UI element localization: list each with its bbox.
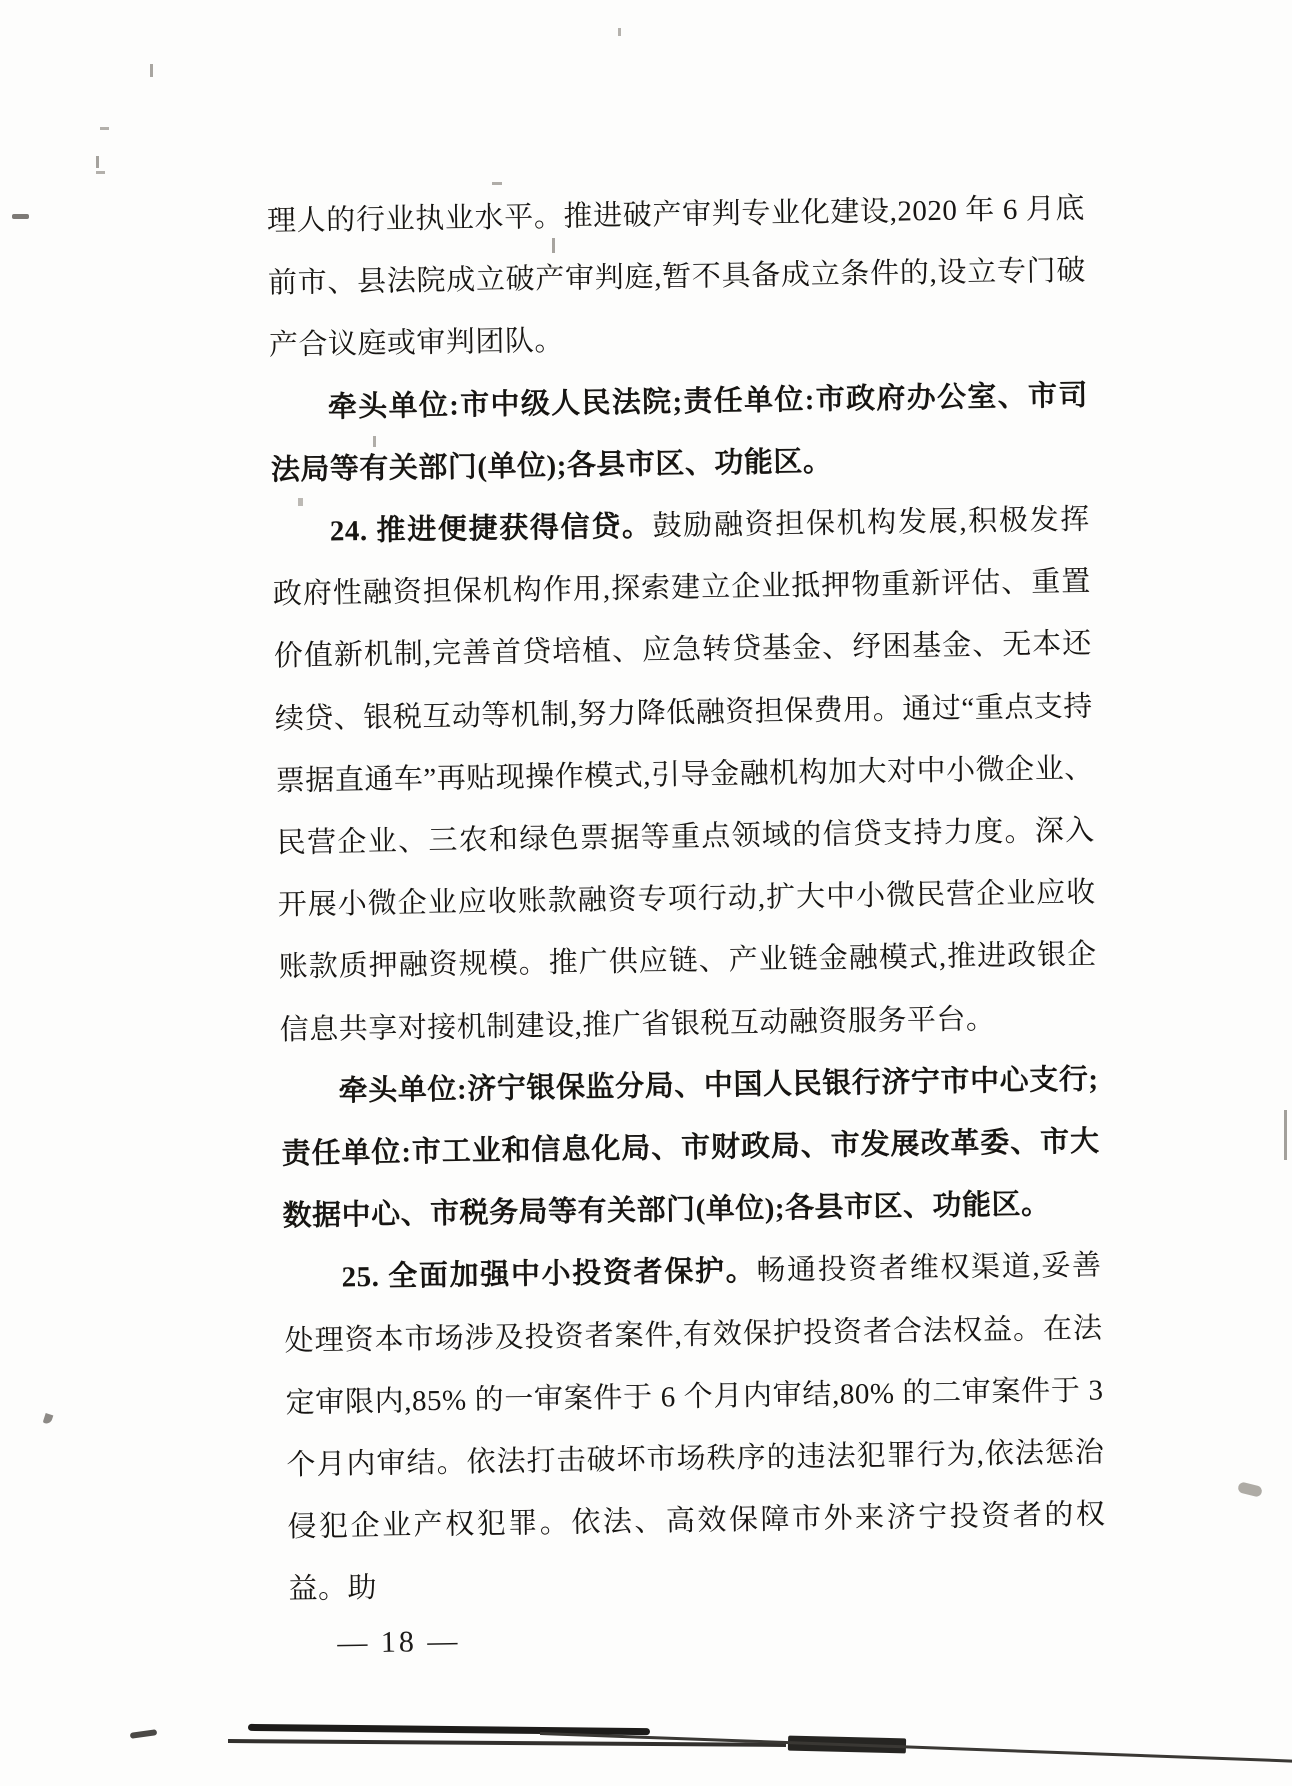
document-block: 理人的行业执业水平。推进破产审判专业化建设,2020 年 6 月底前市、县法院成… <box>267 178 1108 1661</box>
scanned-page: { "document": { "language": "zh-CN", "in… <box>0 0 1292 1786</box>
paragraph: 25. 全面加强中小投资者保护。畅通投资者维权渠道,妥善处理资本市场涉及投资者案… <box>283 1235 1107 1621</box>
paragraph: 牵头单位:济宁银保监分局、中国人民银行济宁市中心支行;责任单位:市工业和信息化局… <box>280 1048 1101 1247</box>
scan-speck <box>552 238 555 253</box>
scan-speck <box>43 1413 54 1425</box>
scan-speck <box>96 171 105 174</box>
scan-artifact-bottom <box>540 1732 1292 1763</box>
paragraph-heading: 24. 推进便捷获得信贷。 <box>330 511 653 548</box>
page-number-text: — 18 — <box>337 1624 461 1659</box>
scan-speck <box>12 214 29 219</box>
paragraph: 理人的行业执业水平。推进破产审判专业化建设,2020 年 6 月底前市、县法院成… <box>267 178 1088 377</box>
page-number: — 18 — <box>289 1614 1107 1661</box>
paragraph: 24. 推进便捷获得信贷。鼓励融资担保机构发展,积极发挥政府性融资担保机构作用,… <box>271 489 1098 1062</box>
document-body: 理人的行业执业水平。推进破产审判专业化建设,2020 年 6 月底前市、县法院成… <box>267 178 1107 1621</box>
scan-speck <box>618 28 621 36</box>
scan-speck <box>298 498 303 506</box>
scan-speck <box>96 156 99 168</box>
paragraph: 牵头单位:市中级人民法院;责任单位:市政府办公室、市司法局等有关部门(单位);各… <box>269 364 1089 501</box>
scan-speck <box>1284 1110 1287 1160</box>
paragraph-heading: 25. 全面加强中小投资者保护。 <box>341 1255 756 1294</box>
scan-speck <box>492 182 502 185</box>
scan-speck <box>373 436 376 447</box>
scan-speck <box>1237 1481 1263 1497</box>
scan-speck <box>100 127 109 130</box>
scan-speck <box>150 64 153 77</box>
scan-artifact-bottom <box>130 1729 158 1739</box>
